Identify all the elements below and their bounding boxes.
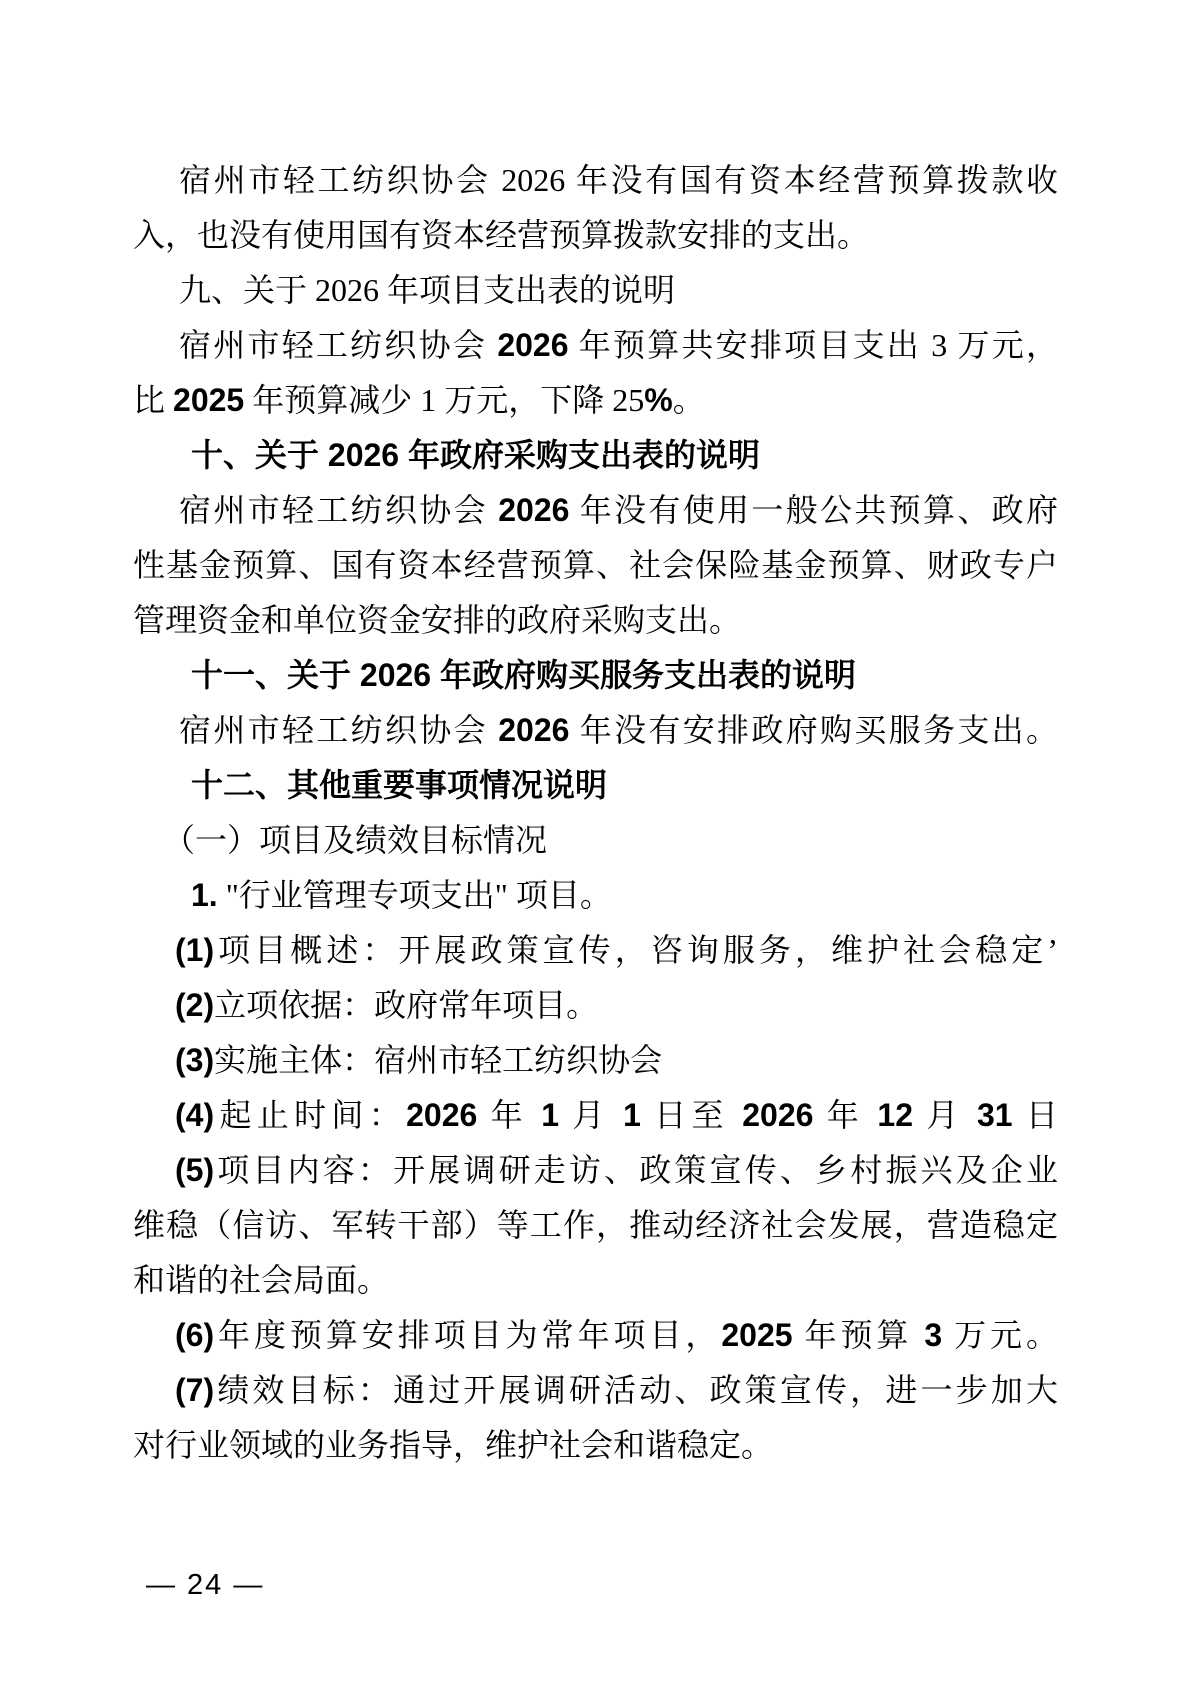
text-run: 2025 xyxy=(173,382,244,418)
text-run: (6) xyxy=(175,1317,214,1353)
text-line: (2)立项依据：政府常年项目。 xyxy=(133,978,1058,1033)
text-run: 万元， xyxy=(947,327,1058,363)
text-run: 2025 xyxy=(721,1317,792,1353)
document-body: 宿州市轻工纺织协会 2026 年没有国有资本经营预算拨款收入，也没有使用国有资本… xyxy=(133,153,1058,1473)
text-run: "行业管理专项支出" 项目。 xyxy=(218,877,612,913)
text-run: 性基金预算、国有资本经营预算、社会保险基金预算、财政专户 xyxy=(133,547,1058,583)
text-run: 十、关于 xyxy=(191,437,328,473)
text-run: 日至 xyxy=(641,1097,742,1133)
text-run: 年项目支出表的说明 xyxy=(379,272,675,308)
text-line: (3)实施主体：宿州市轻工纺织协会 xyxy=(133,1033,1058,1088)
text-run: (2) xyxy=(175,987,214,1023)
text-line: （一）项目及绩效目标情况 xyxy=(133,813,1058,868)
text-line: (1)项目概述：开展政策宣传，咨询服务，维护社会稳定’ xyxy=(133,923,1058,978)
text-run: 2026 xyxy=(360,657,431,693)
text-run: 年政府购买服务支出表的说明 xyxy=(431,657,856,693)
text-run: 年没有国有资本经营预算拨款收 xyxy=(565,162,1058,198)
text-run: 万元，下降 xyxy=(436,382,612,418)
text-line: 十、关于 2026 年政府采购支出表的说明 xyxy=(133,428,1058,483)
text-run: 月 xyxy=(559,1097,623,1133)
text-run: 绩效目标：通过开展调研活动、政策宣传，进一步加大 xyxy=(214,1372,1058,1408)
text-run: 年政府采购支出表的说明 xyxy=(399,437,760,473)
text-run: 管理资金和单位资金安排的政府采购支出。 xyxy=(133,602,741,638)
text-run: 2026 xyxy=(497,327,568,363)
page-footer: — 24 — xyxy=(146,1565,264,1605)
text-line: 九、关于 2026 年项目支出表的说明 xyxy=(133,263,1058,318)
text-run: 十一、关于 xyxy=(191,657,360,693)
text-run: 年预算 xyxy=(793,1317,925,1353)
text-run: 2026 xyxy=(742,1097,813,1133)
text-line: (4)起止时间：2026 年 1 月 1 日至 2026 年 12 月 31 日 xyxy=(133,1088,1058,1143)
text-line: 宿州市轻工纺织协会 2026 年没有国有资本经营预算拨款收 xyxy=(133,153,1058,208)
text-line: (6)年度预算安排项目为常年项目，2025 年预算 3 万元。 xyxy=(133,1308,1058,1363)
text-line: 入，也没有使用国有资本经营预算拨款安排的支出。 xyxy=(133,208,1058,263)
text-run: 日 xyxy=(1013,1097,1058,1133)
text-run: 年预算减少 xyxy=(244,382,420,418)
text-line: 宿州市轻工纺织协会 2026 年没有使用一般公共预算、政府 xyxy=(133,483,1058,538)
text-line: 十二、其他重要事项情况说明 xyxy=(133,758,1058,813)
text-line: 对行业领域的业务指导，维护社会和谐稳定。 xyxy=(133,1418,1058,1473)
text-line: 十一、关于 2026 年政府购买服务支出表的说明 xyxy=(133,648,1058,703)
text-line: 管理资金和单位资金安排的政府采购支出。 xyxy=(133,593,1058,648)
text-run: 宿州市轻工纺织协会 xyxy=(179,492,498,528)
text-run: (5) xyxy=(175,1152,214,1188)
text-line: 维稳（信访、军转干部）等工作，推动经济社会发展，营造稳定 xyxy=(133,1198,1058,1253)
text-run: 年没有使用一般公共预算、政府 xyxy=(569,492,1058,528)
text-run: (7) xyxy=(175,1372,214,1408)
text-run: 2026 xyxy=(498,492,569,528)
text-run: 比 xyxy=(133,382,173,418)
text-run: 12 xyxy=(877,1097,913,1133)
text-run: 2026 xyxy=(315,272,379,308)
text-run: % xyxy=(644,382,672,418)
text-run: 3 xyxy=(931,327,947,363)
text-run: 年 xyxy=(477,1097,541,1133)
text-run: 25 xyxy=(612,382,644,418)
page-number: — 24 — xyxy=(146,1569,264,1601)
text-run: 和谐的社会局面。 xyxy=(133,1262,389,1298)
text-run: 万元。 xyxy=(942,1317,1058,1353)
text-run: 年度预算安排项目为常年项目， xyxy=(214,1317,721,1353)
text-run: 年没有安排政府购买服务支出。 xyxy=(569,712,1058,748)
text-run: 月 xyxy=(913,1097,977,1133)
text-run: 1 xyxy=(623,1097,641,1133)
text-run: 十二、其他重要事项情况说明 xyxy=(191,767,607,803)
text-run: 年 xyxy=(813,1097,877,1133)
text-run: 2026 xyxy=(498,712,569,748)
text-run: 项目概述：开展政策宣传，咨询服务，维护社会稳定’ xyxy=(214,932,1058,968)
text-run: 1. xyxy=(191,877,218,913)
text-run: (4) xyxy=(175,1097,214,1133)
document-page: 宿州市轻工纺织协会 2026 年没有国有资本经营预算拨款收入，也没有使用国有资本… xyxy=(0,0,1190,1683)
text-run: 项目内容：开展调研走访、政策宣传、乡村振兴及企业 xyxy=(214,1152,1058,1188)
text-line: (5)项目内容：开展调研走访、政策宣传、乡村振兴及企业 xyxy=(133,1143,1058,1198)
text-run: 2026 xyxy=(328,437,399,473)
text-run: 3 xyxy=(924,1317,942,1353)
text-line: 宿州市轻工纺织协会 2026 年预算共安排项目支出 3 万元， xyxy=(133,318,1058,373)
text-line: 比 2025 年预算减少 1 万元，下降 25%。 xyxy=(133,373,1058,428)
text-run: 1 xyxy=(541,1097,559,1133)
text-line: 宿州市轻工纺织协会 2026 年没有安排政府购买服务支出。 xyxy=(133,703,1058,758)
text-run: （一）项目及绩效目标情况 xyxy=(163,822,547,858)
text-run: 入，也没有使用国有资本经营预算拨款安排的支出。 xyxy=(133,217,869,253)
text-run: 九、关于 xyxy=(179,272,315,308)
text-run: (1) xyxy=(175,932,214,968)
text-run: 2026 xyxy=(406,1097,477,1133)
text-run: 年预算共安排项目支出 xyxy=(569,327,932,363)
text-line: (7)绩效目标：通过开展调研活动、政策宣传，进一步加大 xyxy=(133,1363,1058,1418)
text-run: 31 xyxy=(977,1097,1013,1133)
text-run: 2026 xyxy=(501,162,565,198)
text-run: 宿州市轻工纺织协会 xyxy=(179,162,501,198)
text-line: 性基金预算、国有资本经营预算、社会保险基金预算、财政专户 xyxy=(133,538,1058,593)
text-run: 起止时间： xyxy=(214,1097,406,1133)
text-run: 维稳（信访、军转干部）等工作，推动经济社会发展，营造稳定 xyxy=(133,1207,1058,1243)
text-run: 实施主体：宿州市轻工纺织协会 xyxy=(214,1042,662,1078)
text-line: 1. "行业管理专项支出" 项目。 xyxy=(133,868,1058,923)
text-run: 对行业领域的业务指导，维护社会和谐稳定。 xyxy=(133,1427,773,1463)
text-run: 1 xyxy=(420,382,436,418)
text-run: 宿州市轻工纺织协会 xyxy=(179,712,498,748)
text-run: 宿州市轻工纺织协会 xyxy=(179,327,497,363)
text-run: 。 xyxy=(673,382,705,418)
text-run: (3) xyxy=(175,1042,214,1078)
text-line: 和谐的社会局面。 xyxy=(133,1253,1058,1308)
text-run: 立项依据：政府常年项目。 xyxy=(214,987,598,1023)
